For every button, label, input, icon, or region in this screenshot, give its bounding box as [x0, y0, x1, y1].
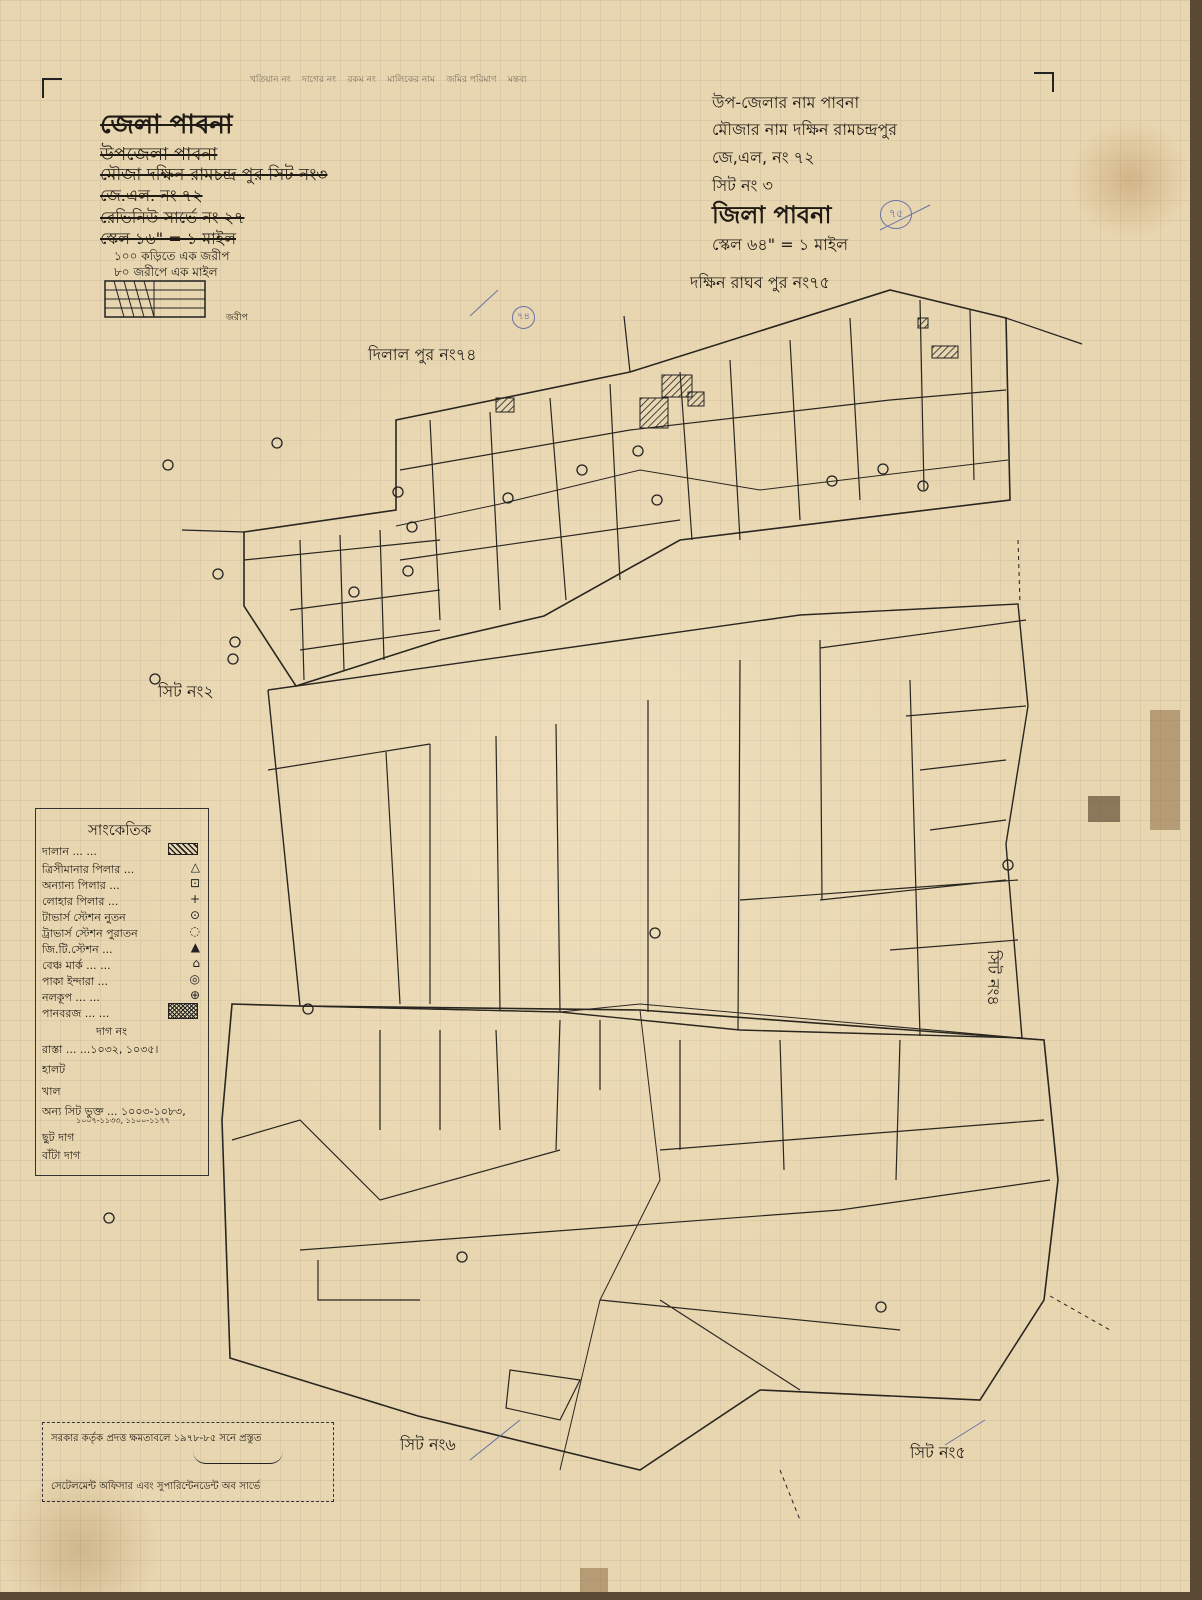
cross-icon: +	[190, 892, 200, 906]
certification-line-2: সেটেলমেন্ট অফিসার এবং সুপারিন্টেনডেন্ট অ…	[51, 1479, 260, 1496]
legend-box: সাংকেতিক দালান ... ... ত্রিসীমানার পিলার…	[35, 808, 209, 1176]
tape-fragment	[580, 1568, 608, 1592]
legend-item-canal: খাল	[42, 1083, 61, 1102]
legend-item-other-sheet-cont: ১০০৭-১১৩৩, ১১০০-১১৭৭	[76, 1115, 170, 1128]
buildings	[496, 318, 958, 428]
circle-plus-icon: ⊕	[190, 988, 200, 1002]
legend-item-building: দালান ... ...	[42, 843, 97, 862]
neighbor-label-east: সিট নং৪	[979, 950, 1006, 1006]
legend-item-divided-plot: বাঁটা দাগ	[42, 1147, 80, 1166]
circled-mark: ৭৪	[512, 306, 535, 329]
legend-item-omitted-plot: ছুট দাগ	[42, 1129, 74, 1148]
road	[396, 460, 1008, 526]
triangle-icon: △	[191, 860, 200, 874]
certification-line-1: সরকার কর্তৃক প্রদত্ত ক্ষমতাবলে ১৯৭৮-৮৫ স…	[51, 1431, 261, 1448]
circle-dot-icon: ⊙	[190, 908, 200, 922]
road	[300, 1004, 1044, 1040]
neighbor-label-north: দক্ষিন রাঘব পুর নং৭৫	[690, 270, 830, 297]
legend-plot-no-heading: দাগ নং	[96, 1023, 127, 1042]
mouza-boundary-south	[222, 1004, 1058, 1470]
tape-fragment	[1088, 796, 1120, 822]
square-dot-icon: ⊡	[190, 876, 200, 890]
legend-item-halot: হালট	[42, 1061, 65, 1080]
neighbor-label-southeast: সিট নং৫	[910, 1440, 966, 1467]
legend-title: সাংকেতিক	[88, 819, 151, 844]
road	[560, 1010, 660, 1470]
neighbor-label-northwest: দিলাল পুর নং৭৪	[368, 342, 477, 369]
certification-box: সরকার কর্তৃক প্রদত্ত ক্ষমতাবলে ১৯৭৮-৮৫ স…	[42, 1422, 334, 1502]
crosshatch-rect-icon	[168, 1003, 198, 1019]
neighbor-label-south: সিট নং৬	[400, 1432, 456, 1459]
filled-triangle-icon: ▲	[191, 940, 200, 954]
tape-fragment	[1150, 710, 1180, 830]
neighbor-label-west: সিট নং২	[158, 679, 214, 706]
bench-mark-icon: ⌂	[192, 956, 200, 970]
signature	[193, 1451, 283, 1464]
hatched-building-icon	[168, 843, 198, 855]
dotted-circle-icon: ◌	[190, 924, 200, 938]
cadastral-map-drawing	[0, 0, 1190, 1592]
legend-item-road: রাস্তা ... ...১০৩২, ১০৩৫।	[42, 1041, 158, 1060]
map-sheet: খতিয়ান নং দাগের নং রকম নং মালিকের নাম জ…	[0, 0, 1190, 1592]
double-circle-icon: ◎	[190, 972, 200, 986]
legend-item-betel-garden: পানবরজ ... ...	[42, 1005, 109, 1024]
